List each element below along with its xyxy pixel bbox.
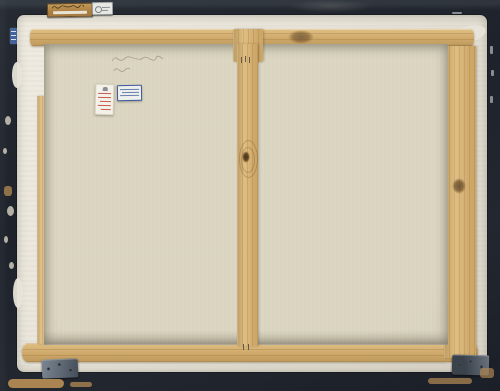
auction-sticker-red: [95, 84, 115, 115]
chalk-mark: [490, 96, 493, 103]
illegible-text-line: [102, 7, 110, 8]
corner-brace-left: [42, 358, 79, 378]
crossbar-knot: [242, 151, 250, 163]
wood-knot-top: [288, 30, 314, 44]
customs-stamp-blue: [117, 85, 142, 101]
scuff-mark: [428, 378, 472, 384]
scuff-mark: [70, 382, 92, 387]
inventory-sticker-blue: [10, 28, 17, 44]
crest-icon: [102, 87, 107, 91]
gallery-label-gold: [47, 3, 93, 18]
illegible-text-line: [102, 10, 108, 11]
center-crossbar: [237, 44, 258, 346]
paint-chip: [9, 262, 14, 269]
paint-chip: [7, 206, 14, 216]
illegible-cursive-text: [51, 5, 89, 10]
chalk-mark: [452, 12, 462, 14]
staples: [249, 57, 250, 63]
stretcher-bar-right: [444, 46, 476, 358]
staples: [243, 344, 244, 350]
scuff-mark: [480, 368, 494, 378]
canvas-fold-bump: [13, 278, 23, 308]
gold-label-white-strip: [53, 11, 87, 15]
paint-chip: [3, 148, 7, 154]
paint-chip: [4, 236, 8, 243]
staples: [245, 56, 246, 62]
wood-knot-right: [452, 178, 466, 194]
photo-back-of-framed-canvas: [0, 0, 500, 391]
canvas-fold-bump: [12, 62, 22, 88]
chalk-mark: [491, 70, 494, 76]
handwriting-inscription: [110, 54, 174, 78]
chalk-mark: [460, 20, 467, 22]
staples: [248, 344, 249, 350]
chalk-mark: [490, 46, 493, 54]
logo-label-white: [92, 2, 113, 15]
staples: [241, 57, 242, 63]
scuff-mark: [8, 379, 64, 388]
paint-chip: [5, 116, 11, 125]
scuff-mark: [4, 186, 12, 196]
